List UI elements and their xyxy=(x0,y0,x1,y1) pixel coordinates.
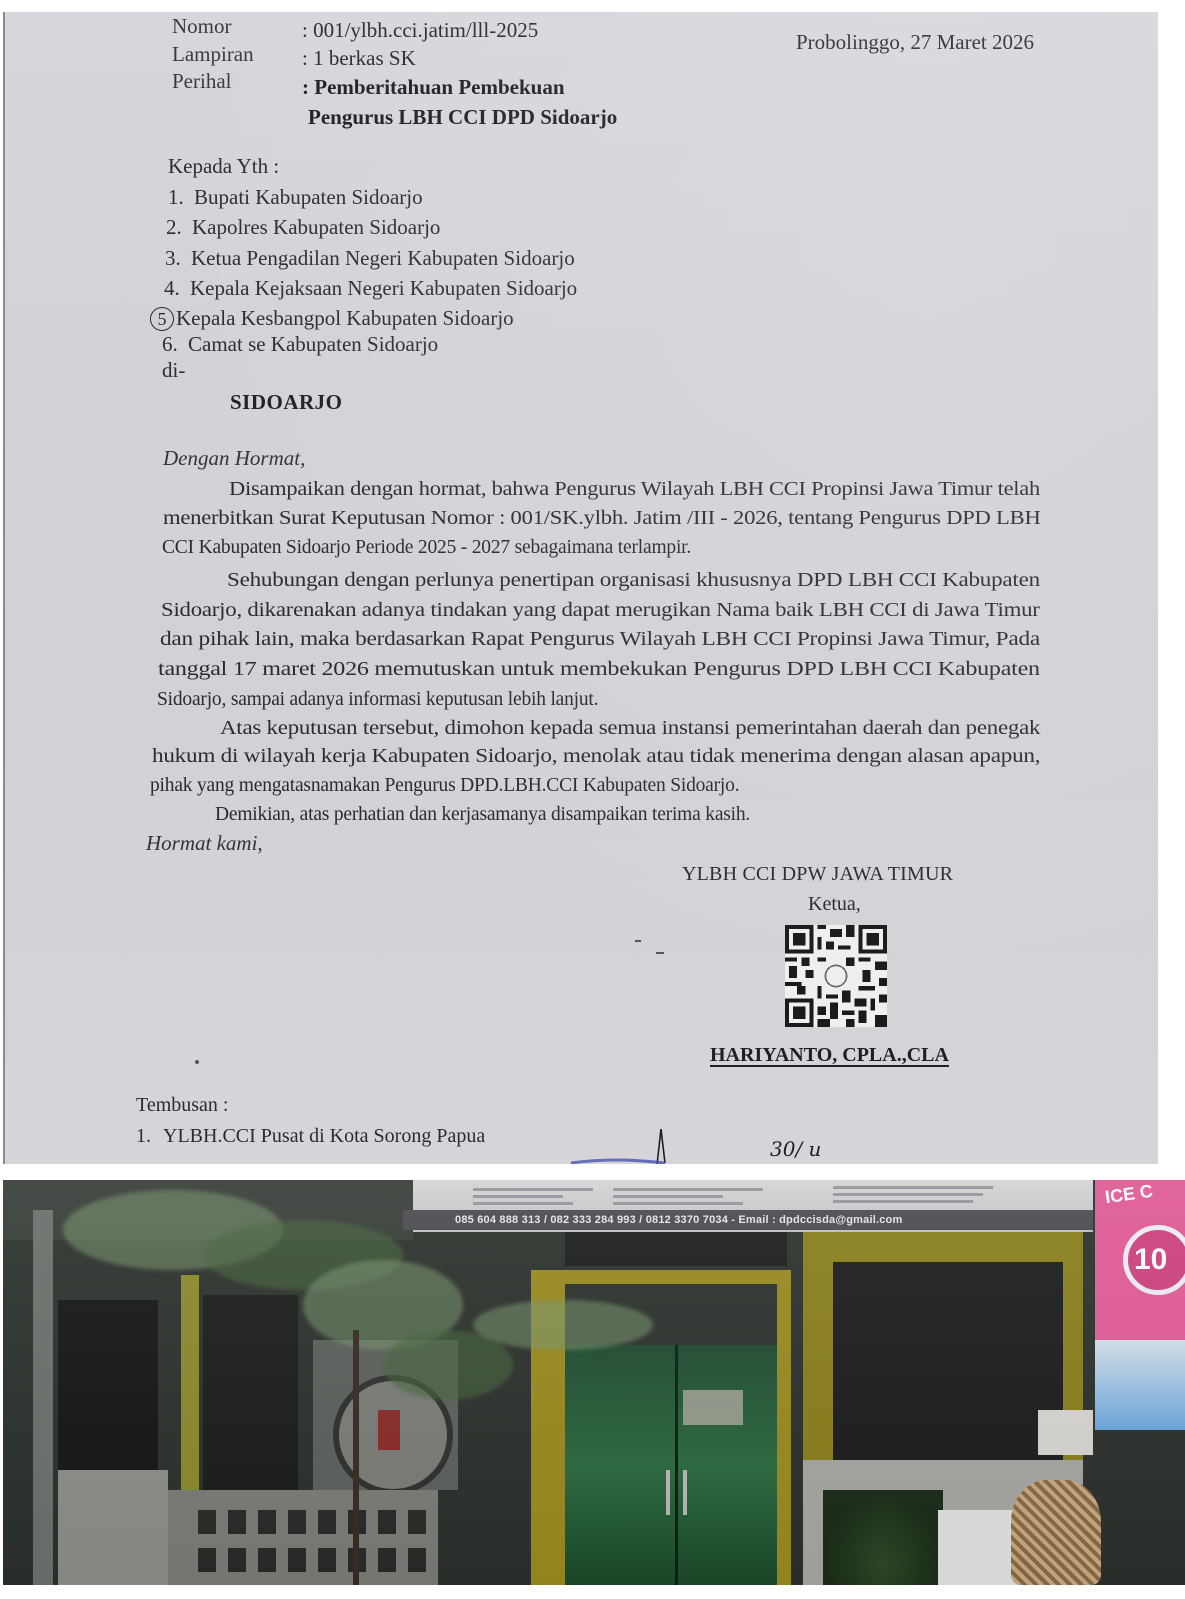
body-line: Demikian, atas perhatian dan kerjasamany… xyxy=(215,804,750,826)
body-line: Disampaikan dengan hormat, bahwa Penguru… xyxy=(229,479,1040,501)
body-line: tanggal 17 maret 2026 memutuskan untuk m… xyxy=(158,659,1040,681)
ink-dot xyxy=(195,1060,199,1064)
ink-mark xyxy=(656,952,664,954)
handwritten-note: 30/ u xyxy=(770,1137,821,1161)
recipient-item: 4.Kepala Kejaksaan Negeri Kabupaten Sido… xyxy=(164,276,577,301)
body-line: pihak yang mengatasnamakan Pengurus DPD.… xyxy=(150,775,739,797)
meta-label-lampiran: Lampiran xyxy=(172,42,254,67)
handwritten-signature xyxy=(565,1127,685,1164)
photo-haze xyxy=(3,1180,1185,1585)
signatory-name: HARIYANTO, CPLA.,CLA xyxy=(710,1044,949,1067)
body-line: Sidoarjo, dikarenakan adanya tindakan ya… xyxy=(161,600,1040,622)
body-line: hukum di wilayah kerja Kabupaten Sidoarj… xyxy=(152,746,1040,768)
recipient-item: 6.Camat se Kabupaten Sidoarjo xyxy=(162,332,438,357)
qr-code-icon xyxy=(785,925,887,1027)
place-date: Probolinggo, 27 Maret 2026 xyxy=(796,30,1034,55)
recipient-item: 1.Bupati Kabupaten Sidoarjo xyxy=(168,185,423,210)
recipient-item-circled: 5Kepala Kesbangpol Kabupaten Sidoarjo xyxy=(150,306,514,331)
recipient-item: 2.Kapolres Kabupaten Sidoarjo xyxy=(166,215,440,240)
closing: Hormat kami, xyxy=(146,831,263,856)
cc-heading: Tembusan : xyxy=(136,1094,228,1117)
ink-mark xyxy=(635,940,641,942)
body-line: Sehubungan dengan perlunya penertipan or… xyxy=(227,570,1040,592)
meta-value-lampiran: : 1 berkas SK xyxy=(302,46,416,71)
meta-value-nomor: : 001/ylbh.cci.jatim/lll-2025 xyxy=(302,18,538,43)
body-line: Sidoarjo, sampai adanya informasi keputu… xyxy=(157,689,598,711)
meta-value-perihal: : Pemberitahuan Pembekuan xyxy=(302,75,565,100)
meta-label-perihal: Perihal xyxy=(172,69,231,94)
office-building-photo: 085 604 888 313 / 082 333 284 993 / 0812… xyxy=(3,1180,1185,1585)
body-line: dan pihak lain, maka berdasarkan Rapat P… xyxy=(160,629,1040,651)
cc-item: 1.YLBH.CCI Pusat di Kota Sorong Papua xyxy=(136,1125,485,1148)
signature-role: Ketua, xyxy=(808,893,861,916)
circled-number: 5 xyxy=(150,307,174,331)
body-line: CCI Kabupaten Sidoarjo Periode 2025 - 20… xyxy=(162,537,691,559)
body-line: menerbitkan Surat Keputusan Nomor : 001/… xyxy=(163,508,1041,530)
meta-value-perihal-line2: Pengurus LBH CCI DPD Sidoarjo xyxy=(308,105,617,130)
recipient-item: 3.Ketua Pengadilan Negeri Kabupaten Sido… xyxy=(165,246,575,271)
meta-label-nomor: Nomor xyxy=(172,14,232,39)
letter-photo: Nomor : 001/ylbh.cci.jatim/lll-2025 Lamp… xyxy=(3,12,1158,1164)
destination: SIDOARJO xyxy=(230,390,343,415)
signature-org: YLBH CCI DPW JAWA TIMUR xyxy=(682,863,953,886)
salutation: Dengan Hormat, xyxy=(163,446,305,471)
di-label: di- xyxy=(162,358,185,383)
body-line: Atas keputusan tersebut, dimohon kepada … xyxy=(220,718,1040,740)
recipients-heading: Kepada Yth : xyxy=(168,154,279,179)
